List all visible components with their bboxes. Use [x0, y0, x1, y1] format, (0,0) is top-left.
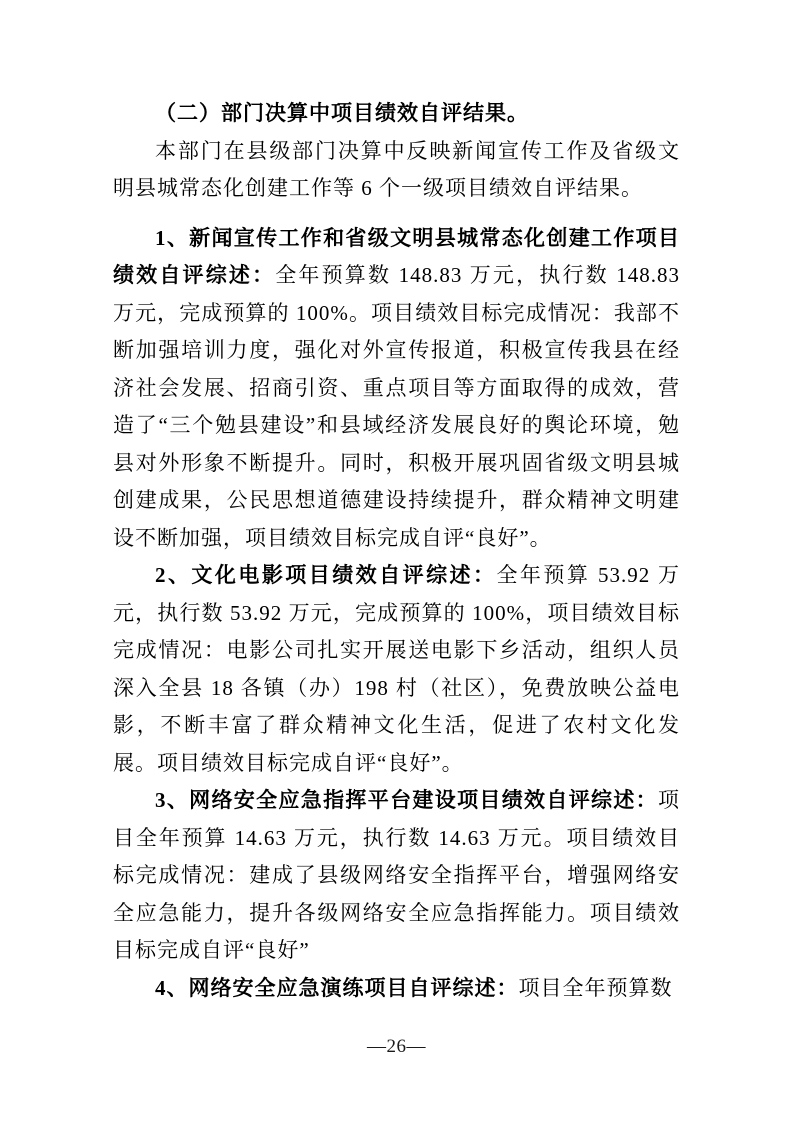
document-page: （二）部门决算中项目绩效自评结果。 本部门在县级部门决算中反映新闻宣传工作及省级… — [0, 0, 793, 1122]
page-footer: —26— — [0, 1036, 793, 1058]
project-2-title: 2、文化电影项目绩效自评综述： — [155, 563, 496, 587]
project-paragraph-1: 1、新闻宣传工作和省级文明县城常态化创建工作项目绩效自评综述：全年预算数 148… — [113, 220, 680, 558]
page-number: —26— — [367, 1036, 426, 1057]
section-heading: （二）部门决算中项目绩效自评结果。 — [113, 95, 680, 133]
project-3-title: 3、网络安全应急指挥平台建设项目绩效自评综述： — [155, 788, 658, 812]
project-paragraph-3: 3、网络安全应急指挥平台建设项目绩效自评综述：项目全年预算 14.63 万元，执… — [113, 782, 680, 970]
project-paragraph-4: 4、网络安全应急演练项目自评综述：项目全年预算数 — [113, 970, 680, 1008]
project-2-body: 全年预算 53.92 万元，执行数 53.92 万元，完成预算的 100%，项目… — [113, 563, 680, 775]
project-paragraph-2: 2、文化电影项目绩效自评综述：全年预算 53.92 万元，执行数 53.92 万… — [113, 557, 680, 782]
project-4-title: 4、网络安全应急演练项目自评综述： — [155, 976, 519, 1000]
project-1-body: 全年预算数 148.83 万元，执行数 148.83 万元，完成预算的 100%… — [113, 263, 680, 550]
project-4-body: 项目全年预算数 — [519, 976, 673, 1000]
intro-paragraph: 本部门在县级部门决算中反映新闻宣传工作及省级文明县城常态化创建工作等 6 个一级… — [113, 133, 680, 208]
document-content: （二）部门决算中项目绩效自评结果。 本部门在县级部门决算中反映新闻宣传工作及省级… — [113, 95, 680, 1007]
project-3-body: 项目全年预算 14.63 万元，执行数 14.63 万元。项目绩效目标完成情况：… — [113, 788, 680, 962]
